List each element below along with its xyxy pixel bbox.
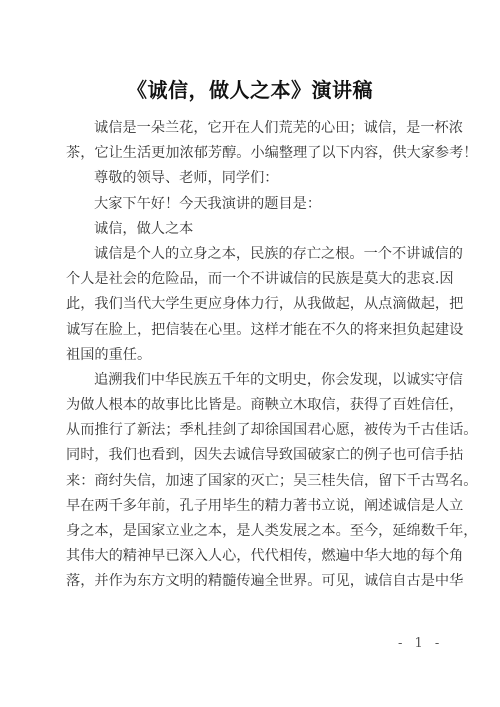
body-line: 诚写在脸上，把信装在心里。这样才能在不久的将来担负起建设 (66, 318, 438, 343)
body-line: 尊敬的领导、老师，同学们： (66, 166, 438, 191)
body-line: 诚信是个人的立身之本，民族的存亡之根。一个不讲诚信的 (66, 242, 438, 267)
page-number: - 1 - (398, 636, 443, 651)
body-line: 从而推行了新法；季札挂剑了却徐国国君心愿，被传为千古佳话。 (66, 418, 438, 443)
body-line: 个人是社会的危险品，而一个不讲诚信的民族是莫大的悲哀.因 (66, 267, 438, 292)
body-line: 祖国的重任。 (66, 343, 438, 368)
document-body: 诚信是一朵兰花，它开在人们荒芜的心田；诚信，是一杯浓 茶，它让生活更加浓郁芳醇。… (66, 116, 438, 595)
body-line: 其伟大的精神早已深入人心，代代相传，燃遍中华大地的每个角 (66, 544, 438, 569)
document-page: 《诚信，做人之本》演讲稿 诚信是一朵兰花，它开在人们荒芜的心田；诚信，是一杯浓 … (0, 0, 500, 707)
body-line: 同时，我们也看到，因失去诚信导致国破家亡的例子也可信手拈 (66, 443, 438, 468)
body-line: 早在两千多年前，孔子用毕生的精力著书立说，阐述诚信是人立 (66, 494, 438, 519)
body-line: 茶，它让生活更加浓郁芳醇。小编整理了以下内容，供大家参考！ (66, 141, 438, 166)
body-line: 为做人根本的故事比比皆是。商鞅立木取信，获得了百姓信任， (66, 393, 438, 418)
body-line: 诚信，做人之本 (66, 217, 438, 242)
body-line: 追溯我们中华民族五千年的文明史，你会发现，以诚实守信 (66, 368, 438, 393)
body-line: 落，并作为东方文明的精髓传遍全世界。可见，诚信自古是中华 (66, 569, 438, 594)
body-line: 身之本，是国家立业之本，是人类发展之本。至今，延绵数千年， (66, 519, 438, 544)
document-title: 《诚信，做人之本》演讲稿 (0, 74, 500, 103)
body-line: 大家下午好！今天我演讲的题目是： (66, 192, 438, 217)
body-line: 来：商纣失信，加速了国家的灭亡；吴三桂失信，留下千古骂名。 (66, 469, 438, 494)
body-line: 此，我们当代大学生更应身体力行，从我做起，从点滴做起，把 (66, 292, 438, 317)
body-line: 诚信是一朵兰花，它开在人们荒芜的心田；诚信，是一杯浓 (66, 116, 438, 141)
